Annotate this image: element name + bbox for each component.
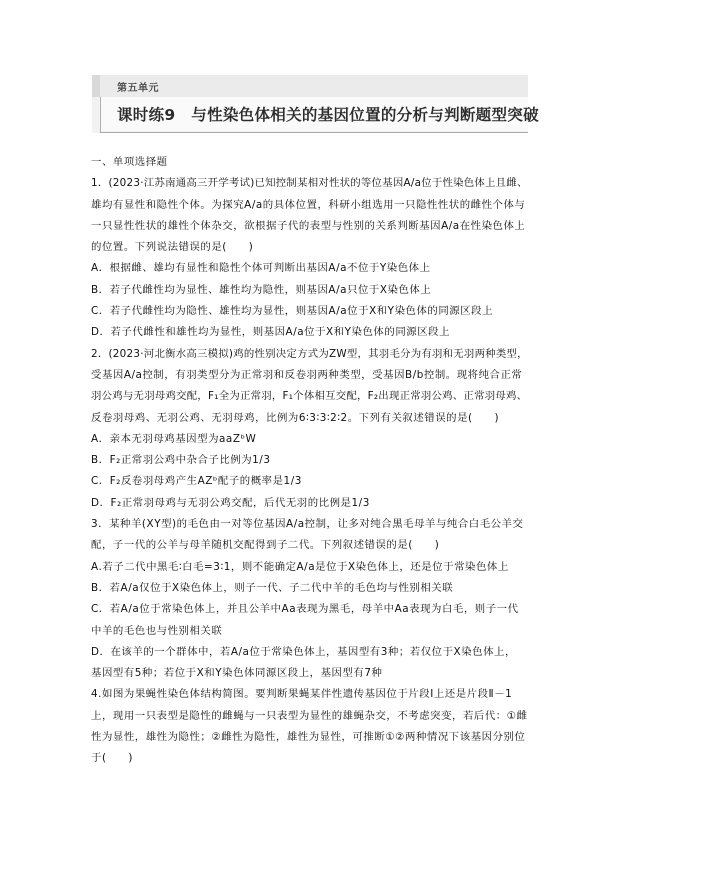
question-4: 4.如图为果蝇性染色体结构简图。要判断果蝇某伴性遗传基因位于片段Ⅰ上还是片段Ⅱ－… (91, 684, 531, 769)
option-d: D．F₂正常羽母鸡与无羽公鸡交配，后代无羽的比例是1/3 (91, 493, 531, 514)
option-d-continued: 基因型有5种；若位于X和Y染色体同源区段上，基因型有7种 (91, 663, 531, 684)
option-b: B．若子代雌性均为显性、雄性均为隐性，则基因A/a只位于X染色体上 (91, 280, 531, 301)
lesson-header: 第五单元 课时练9 与性染色体相关的基因位置的分析与判断题型突破 (92, 75, 528, 133)
question-stem-line: 上，现用一只表型是隐性的雌蝇与一只表型为显性的雄蝇杂交，不考虑突变，若后代：①雌 (91, 706, 531, 727)
question-stem-line: 性为显性，雄性为隐性；②雌性为隐性，雄性为显性，可推断①②两种情况下该基因分别位 (91, 727, 531, 748)
option-c: C．若A/a位于常染色体上，并且公羊中Aa表现为黑毛，母羊中Aa表现为白毛，则子… (91, 599, 531, 620)
question-3: 3．某种羊(XY型)的毛色由一对等位基因A/a控制，让多对纯合黑毛母羊与纯合白毛… (91, 514, 531, 684)
question-2: 2．(2023·河北衡水高三模拟)鸡的性别决定方式为ZW型，其羽毛分为有羽和无羽… (91, 344, 531, 514)
lesson-title: 课时练9 与性染色体相关的基因位置的分析与判断题型突破 (117, 103, 539, 125)
option-a: A．根据雌、雄均有显性和隐性个体可判断出基因A/a不位于Y染色体上 (91, 258, 531, 279)
header-left-rule (100, 97, 101, 133)
question-stem-line: 反卷羽母鸡、无羽公鸡、无羽母鸡，比例为6∶3∶3∶2∶2。下列有关叙述错误的是(… (91, 408, 531, 429)
question-1: 1．(2023·江苏南通高三开学考试)已知控制某相对性状的等位基因A/a位于性染… (91, 173, 531, 343)
header-bottom-rule (100, 132, 528, 133)
option-b: B．F₂正常羽公鸡中杂合子比例为1/3 (91, 450, 531, 471)
question-stem-line: 3．某种羊(XY型)的毛色由一对等位基因A/a控制，让多对纯合黑毛母羊与纯合白毛… (91, 514, 531, 535)
question-stem-line: 一只显性性状的雄性个体杂交，欲根据子代的表型与性别的关系判断基因A/a在性染色体… (91, 216, 531, 237)
question-stem-line: 4.如图为果蝇性染色体结构简图。要判断果蝇某伴性遗传基因位于片段Ⅰ上还是片段Ⅱ－… (91, 684, 531, 705)
content-body: 一、单项选择题 1．(2023·江苏南通高三开学考试)已知控制某相对性状的等位基… (91, 152, 531, 770)
option-c-continued: 中羊的毛色也与性别相关联 (91, 621, 531, 642)
option-a: A．亲本无羽母鸡基因型为aaZᵇW (91, 429, 531, 450)
question-stem-line: 配，子一代的公羊与母羊随机交配得到子二代。下列叙述错误的是( ) (91, 535, 531, 556)
question-stem-line: 的位置。下列说法错误的是( ) (91, 237, 531, 258)
header-accent-bar (92, 75, 100, 97)
question-stem-line: 1．(2023·江苏南通高三开学考试)已知控制某相对性状的等位基因A/a位于性染… (91, 173, 531, 194)
option-d: D．若子代雌性和雄性均为显性，则基因A/a位于X和Y染色体的同源区段上 (91, 322, 531, 343)
question-stem-line: 羽公鸡与无羽母鸡交配，F₁全为正常羽，F₁个体相互交配，F₂出现正常羽公鸡、正常… (91, 386, 531, 407)
option-a: A.若子二代中黑毛∶白毛=3∶1，则不能确定A/a是位于X染色体上，还是位于常染… (91, 557, 531, 578)
unit-label: 第五单元 (117, 79, 159, 94)
option-c: C．若子代雌性均为隐性、雄性均为显性，则基因A/a位于X和Y染色体的同源区段上 (91, 301, 531, 322)
question-stem-line: 受基因A/a控制，有羽类型分为正常羽和反卷羽两种类型，受基因B/b控制。现将纯合… (91, 365, 531, 386)
question-stem-line: 于( ) (91, 748, 531, 769)
document-page: 第五单元 课时练9 与性染色体相关的基因位置的分析与判断题型突破 一、单项选择题… (0, 0, 701, 877)
section-heading: 一、单项选择题 (91, 152, 531, 173)
question-stem-line: 2．(2023·河北衡水高三模拟)鸡的性别决定方式为ZW型，其羽毛分为有羽和无羽… (91, 344, 531, 365)
option-c: C．F₂反卷羽母鸡产生AZᵇ配子的概率是1/3 (91, 471, 531, 492)
option-b: B．若A/a仅位于X染色体上，则子一代、子二代中羊的毛色均与性别相关联 (91, 578, 531, 599)
question-stem-line: 雄均有显性和隐性个体。为探究A/a的具体位置，科研小组选用一只隐性性状的雌性个体… (91, 195, 531, 216)
option-d: D．在该羊的一个群体中，若A/a位于常染色体上，基因型有3种；若仅位于X染色体上… (91, 642, 531, 663)
